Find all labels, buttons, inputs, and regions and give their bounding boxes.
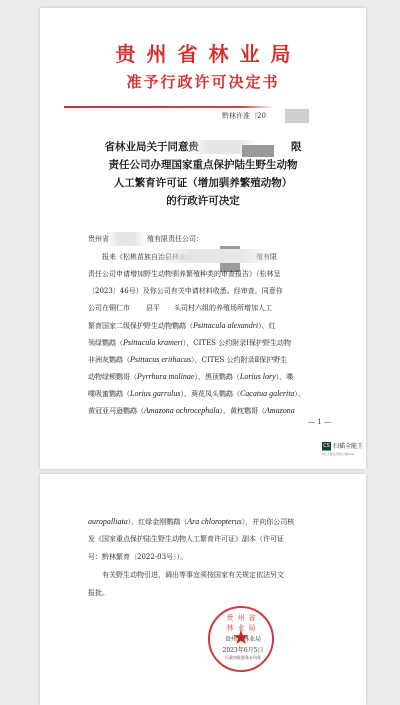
camscanner-icon: CS [322, 442, 331, 451]
body-line-15: 报批。 [88, 584, 328, 603]
body-text: 头司村六组的养殖场所增加人工 [174, 304, 272, 312]
latin-name: Ara chloropterus [187, 517, 242, 526]
decision-title-line-4: 的行政许可决定 [40, 193, 366, 210]
document-type: 准予行政许可决定书 [40, 71, 366, 92]
body-text: 鹦鹉（ [172, 322, 193, 330]
latin-name: Lorius garrulus [130, 389, 180, 398]
document-page-1: 贵州省林业局 准予行政许可决定书 黔林许准〔20 省林业局关于同意贵限 责任公司… [40, 8, 366, 469]
body-line-14: 有关野生动物引进、调出等事宜须按国家有关规定依法另文 [102, 566, 342, 585]
body-text: ）、 [294, 390, 305, 398]
body-text: ）、葵花凤头鹦鹉（ [180, 390, 240, 398]
seal-org-text: 贵州省林业局 [216, 634, 270, 643]
body-text: ）、喋 [276, 373, 294, 381]
addressee-text: 殖有限责任公司： [147, 235, 203, 243]
header-divider [64, 106, 274, 108]
document-page-2: auropalliata）、红绿金刚鹦鹉（Ara chloropterus），并… [40, 474, 366, 705]
latin-name: Cacatua galerita [240, 389, 294, 398]
body-text: 动物绿颊鹦哥（ [88, 373, 137, 381]
redaction-block [106, 232, 146, 246]
title-text: 限 [291, 141, 302, 153]
official-seal: 贵州省林业局 ★ 贵州省林业局 2023年6月5日 行政审批服务专用章 [208, 606, 274, 672]
body-text: 领绿鹦鹉（ [88, 339, 123, 347]
watermark-subtitle: 3亿人都在用的扫描App [322, 452, 354, 456]
body-line-10: 黄冠亚马逊鹦鹉（Amazona ochrocephala）、黄枕鹦哥（Amazo… [88, 401, 328, 421]
body-line-11: auropalliata）、红绿金刚鹦鹉（Ara chloropterus），并… [88, 512, 328, 532]
page-number: — 1 — [308, 418, 331, 426]
body-text: ），并向你公司核 [242, 518, 295, 526]
latin-name: auropalliata [88, 517, 128, 526]
document-number: 黔林许准〔20 [222, 111, 266, 121]
body-text: ），CITES 公约附录Ⅰ保护野生动物 [183, 339, 291, 347]
latin-name: Psittacula krameri [123, 338, 183, 347]
redaction-block [285, 109, 309, 123]
redaction-block [156, 249, 276, 263]
agency-name: 贵州省林业局 [40, 38, 366, 67]
latin-name: Psittacula alexandri [193, 321, 258, 330]
body-text: ）、黑顶鹦鹉（ [194, 373, 240, 381]
body-text: ）、红 [258, 322, 276, 330]
body-text: ）、红绿金刚鹦鹉（ [128, 518, 188, 526]
seal-date: 2023年6月5日 [214, 645, 272, 654]
body-line-12: 发《国家重点保护陆生野生动物人工繁育许可证》副本（许可证 [88, 530, 328, 549]
body-text: 黄冠亚马逊鹦鹉（ [88, 407, 144, 415]
body-text: 喋吸蜜鹦鹉（ [88, 390, 130, 398]
decision-title-line-3: 人工繁育许可证（增加驯养繁殖动物） [40, 175, 366, 192]
body-text: 公司在铜仁市 [88, 304, 130, 312]
body-text: 繁育国家二级保护野生动物 [88, 322, 172, 330]
latin-name: Pyrrhura molinae [137, 372, 194, 381]
decision-title-line-2: 责任公司办理国家重点保护陆生野生动物 [40, 157, 366, 174]
latin-name: Amazona ochrocephala [144, 406, 219, 415]
latin-name: Lorius lory [240, 372, 276, 381]
watermark-name: 扫描全能王 [333, 441, 363, 450]
latin-name: Amazona [265, 406, 295, 415]
body-line-13: 号：黔林繁育〔2022-03号〕）。 [88, 548, 328, 567]
body-text: ），CITES 公约附录Ⅱ保护野生 [191, 356, 287, 364]
body-text: 县平 [146, 304, 160, 312]
body-text: ）、黄枕鹦哥（ [219, 407, 265, 415]
seal-footer: 行政审批服务专用章 [220, 655, 266, 661]
title-text: 省林业局关于同意贵 [105, 141, 200, 153]
body-text: 非洲灰鹦鹉（ [88, 356, 130, 364]
latin-name: Psittacus erithacus [130, 355, 191, 364]
scanner-watermark: CS 扫描全能王 3亿人都在用的扫描App [322, 442, 370, 460]
redaction-block [242, 145, 274, 157]
